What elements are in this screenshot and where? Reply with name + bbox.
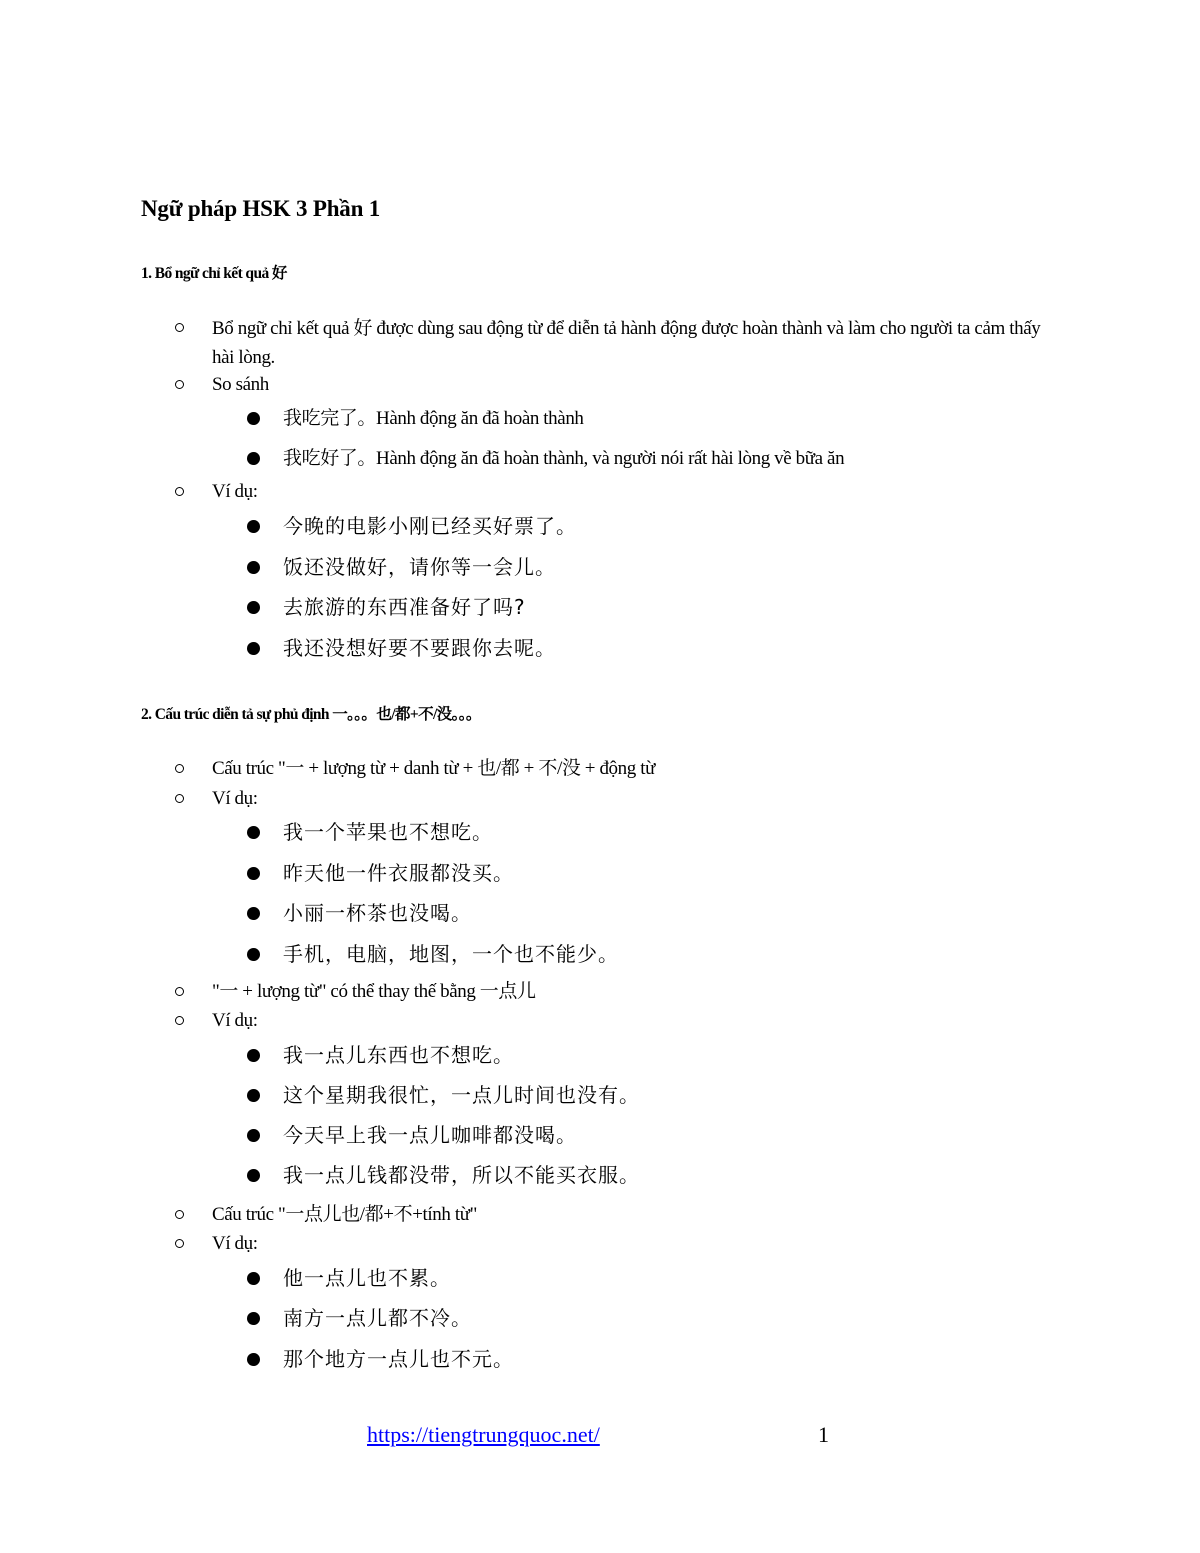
sub-list-item-text: 我吃完了。Hành động ăn đã hoàn thành (283, 405, 584, 433)
list-item-text: Bổ ngữ chỉ kết quả 好 được dùng sau động … (212, 314, 1052, 372)
sub-list-item-text: 今晚的电影小刚已经买好票了。 (283, 512, 577, 540)
sub-list-item: 那个地方一点儿也不元。 (247, 1345, 514, 1373)
filled-bullet-icon (247, 1169, 260, 1182)
sub-list-item: 南方一点儿都不冷。 (247, 1304, 472, 1332)
list-item: "一 + lượng từ" có thể thay thế bằng 一点儿 (175, 978, 536, 1006)
list-item-text: Ví dụ: (212, 785, 258, 813)
filled-bullet-icon (247, 1089, 260, 1102)
sub-list-item: 我还没想好要不要跟你去呢。 (247, 634, 556, 662)
sub-list-item: 我吃完了。Hành động ăn đã hoàn thành (247, 405, 584, 433)
list-item-text: Ví dụ: (212, 478, 258, 506)
sub-list-item-text: 小丽一杯茶也没喝。 (283, 899, 472, 927)
document-title: Ngữ pháp HSK 3 Phần 1 (141, 196, 380, 222)
hollow-bullet-icon (175, 1239, 184, 1248)
list-item: So sánh (175, 371, 269, 399)
sub-list-item: 今晚的电影小刚已经买好票了。 (247, 512, 577, 540)
hollow-bullet-icon (175, 380, 184, 389)
sub-list-item-text: 我一点儿东西也不想吃。 (283, 1041, 514, 1069)
hollow-bullet-icon (175, 987, 184, 996)
filled-bullet-icon (247, 642, 260, 655)
document-page: Ngữ pháp HSK 3 Phần 1 1. Bổ ngữ chỉ kết … (0, 0, 1200, 1553)
filled-bullet-icon (247, 561, 260, 574)
filled-bullet-icon (247, 826, 260, 839)
filled-bullet-icon (247, 1312, 260, 1325)
list-item-text: Ví dụ: (212, 1007, 258, 1035)
sub-list-item: 这个星期我很忙，一点儿时间也没有。 (247, 1081, 640, 1109)
list-item: Ví dụ: (175, 785, 258, 813)
sub-list-item: 我吃好了。Hành động ăn đã hoàn thành, và ngườ… (247, 445, 844, 473)
filled-bullet-icon (247, 867, 260, 880)
sub-list-item-text: 去旅游的东西准备好了吗? (283, 593, 526, 621)
sub-list-item-text: 今天早上我一点儿咖啡都没喝。 (283, 1121, 577, 1149)
sub-list-item-text: 南方一点儿都不冷。 (283, 1304, 472, 1332)
sub-list-item-text: 他一点儿也不累。 (283, 1264, 451, 1292)
sub-list-item: 小丽一杯茶也没喝。 (247, 899, 472, 927)
section-heading-1: 1. Bổ ngữ chỉ kết quả 好 (141, 261, 287, 283)
filled-bullet-icon (247, 948, 260, 961)
sub-list-item: 我一个苹果也不想吃。 (247, 818, 493, 846)
sub-list-item-text: 我一个苹果也不想吃。 (283, 818, 493, 846)
list-item: Ví dụ: (175, 1230, 258, 1258)
sub-list-item: 去旅游的东西准备好了吗? (247, 593, 526, 621)
sub-list-item: 手机，电脑，地图，一个也不能少。 (247, 940, 619, 968)
filled-bullet-icon (247, 1049, 260, 1062)
list-item-text: So sánh (212, 371, 269, 399)
sub-list-item-text: 手机，电脑，地图，一个也不能少。 (283, 940, 619, 968)
sub-list-item-text: 我还没想好要不要跟你去呢。 (283, 634, 556, 662)
list-item: Ví dụ: (175, 478, 258, 506)
footer-website-link[interactable]: https://tiengtrungquoc.net/ (367, 1422, 600, 1448)
filled-bullet-icon (247, 1272, 260, 1285)
hollow-bullet-icon (175, 1210, 184, 1219)
section-heading-2: 2. Cấu trúc diễn tả sự phủ định 一。。。也/都+… (141, 702, 481, 724)
sub-list-item-text: 昨天他一件衣服都没买。 (283, 859, 514, 887)
filled-bullet-icon (247, 1353, 260, 1366)
hollow-bullet-icon (175, 323, 184, 332)
list-item: Bổ ngữ chỉ kết quả 好 được dùng sau động … (175, 314, 1052, 372)
sub-list-item: 我一点儿东西也不想吃。 (247, 1041, 514, 1069)
sub-list-item: 今天早上我一点儿咖啡都没喝。 (247, 1121, 577, 1149)
hollow-bullet-icon (175, 764, 184, 773)
sub-list-item-text: 这个星期我很忙，一点儿时间也没有。 (283, 1081, 640, 1109)
filled-bullet-icon (247, 452, 260, 465)
sub-list-item: 我一点儿钱都没带，所以不能买衣服。 (247, 1161, 640, 1189)
list-item-text: Cấu trúc "一 + lượng từ + danh từ + 也/都 +… (212, 755, 655, 783)
hollow-bullet-icon (175, 1016, 184, 1025)
sub-list-item: 他一点儿也不累。 (247, 1264, 451, 1292)
sub-list-item: 昨天他一件衣服都没买。 (247, 859, 514, 887)
filled-bullet-icon (247, 601, 260, 614)
list-item-text: "一 + lượng từ" có thể thay thế bằng 一点儿 (212, 978, 536, 1006)
filled-bullet-icon (247, 412, 260, 425)
filled-bullet-icon (247, 520, 260, 533)
sub-list-item-text: 饭还没做好，请你等一会儿。 (283, 553, 556, 581)
sub-list-item-text: 我吃好了。Hành động ăn đã hoàn thành, và ngườ… (283, 445, 844, 473)
list-item: Cấu trúc "一点儿也/都+不+tính từ" (175, 1201, 477, 1229)
list-item-text: Ví dụ: (212, 1230, 258, 1258)
list-item: Ví dụ: (175, 1007, 258, 1035)
filled-bullet-icon (247, 1129, 260, 1142)
hollow-bullet-icon (175, 794, 184, 803)
list-item: Cấu trúc "一 + lượng từ + danh từ + 也/都 +… (175, 755, 655, 783)
sub-list-item-text: 那个地方一点儿也不元。 (283, 1345, 514, 1373)
filled-bullet-icon (247, 907, 260, 920)
sub-list-item-text: 我一点儿钱都没带，所以不能买衣服。 (283, 1161, 640, 1189)
sub-list-item: 饭还没做好，请你等一会儿。 (247, 553, 556, 581)
hollow-bullet-icon (175, 487, 184, 496)
list-item-text: Cấu trúc "一点儿也/都+不+tính từ" (212, 1201, 477, 1229)
page-number: 1 (818, 1422, 829, 1448)
